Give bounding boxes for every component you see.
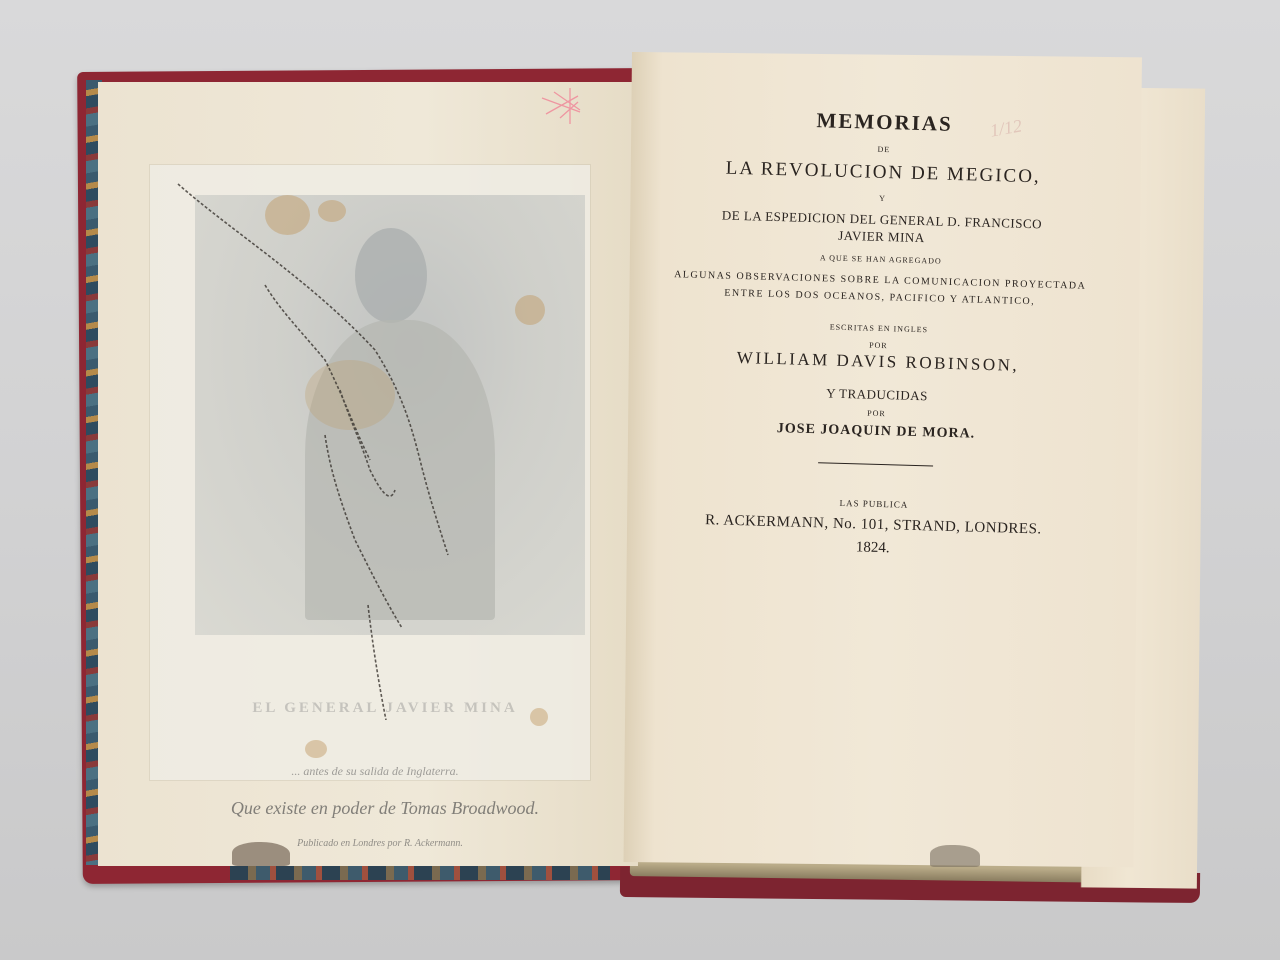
foxing-spot — [305, 740, 327, 758]
water-stain — [232, 842, 290, 866]
pink-star-mark — [540, 88, 584, 124]
book-subtitle: LA REVOLUCION DE MEGICO, — [648, 155, 1118, 190]
portrait-owner-line: Que existe en poder de Tomas Broadwood. — [205, 798, 565, 819]
portrait-caption-line: ... antes de su salida de Inglaterra. — [205, 764, 545, 779]
marbled-endpaper-bottom-edge — [230, 866, 610, 880]
title-page-text: MEMORIAS DE LA REVOLUCION DE MEGICO, Y D… — [638, 103, 1120, 563]
water-stain — [930, 845, 980, 867]
crease-lines — [140, 160, 620, 720]
portrait-caption-title: EL GENERAL JAVIER MINA — [215, 700, 555, 717]
title-rule — [818, 462, 933, 466]
